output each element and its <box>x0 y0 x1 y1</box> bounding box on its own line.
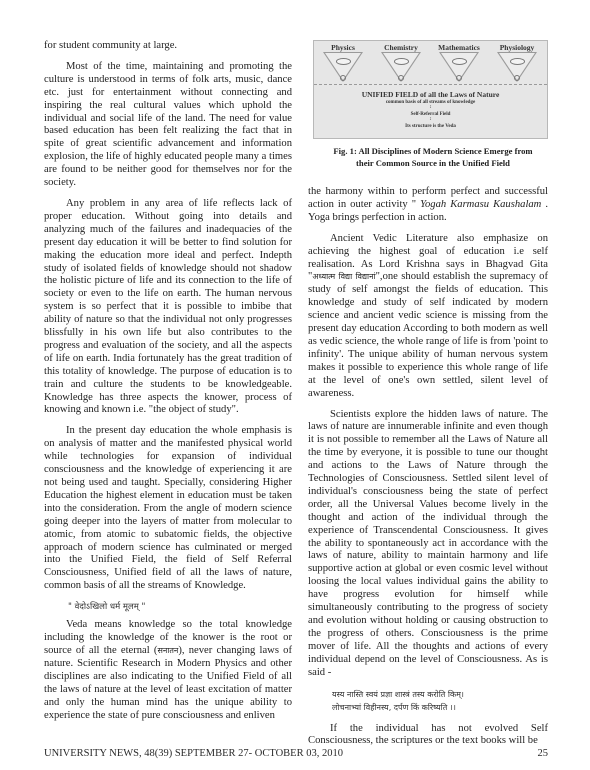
caption-line-1: Fig. 1: All Disciplines of Modern Scienc… <box>308 145 558 157</box>
sanskrit-quote: " वेदोऽखिलो धर्म मूलम् " <box>68 601 292 613</box>
paragraph-intro-end: for student community at large. <box>44 40 292 53</box>
structure-label: Its structure is the Veda <box>314 124 547 129</box>
discipline-label: Physics <box>314 43 372 52</box>
figure-unified-field-label: UNIFIED FIELD of all the Laws of Nature … <box>314 85 547 129</box>
paragraph-harmony: the harmony within to perform perfect an… <box>308 186 548 225</box>
arrow-icon: ↕ <box>314 117 547 123</box>
paragraph-self-consciousness: If the individual has not evolved Self C… <box>308 723 548 749</box>
discipline-label: Mathematics <box>430 43 488 52</box>
veda-text-b: ), never changing laws of nature. Scient… <box>44 645 292 721</box>
sanskrit-verse-line-1: यस्य नास्ति स्वयं प्रज्ञा शास्त्रं तस्य … <box>332 688 548 701</box>
publication-info: UNIVERSITY NEWS, 48(39) SEPTEMBER 27- OC… <box>44 748 343 759</box>
figure-disciplines-row: Physics Chemistry Mathematics Physiology <box>314 41 547 85</box>
discipline-physiology: Physiology <box>488 41 546 84</box>
paragraph-present-day: In the present day education the whole e… <box>44 425 292 593</box>
eye-icon <box>452 58 467 65</box>
figure-unified-field: Physics Chemistry Mathematics Physiology <box>313 40 548 139</box>
devanagari-gita-quote: अध्यात्म विद्या विद्यानां <box>312 272 375 281</box>
figure-caption: Fig. 1: All Disciplines of Modern Scienc… <box>308 145 558 169</box>
vedic-text-b: ",one should establish the supremacy of … <box>308 271 548 398</box>
eye-icon <box>510 58 525 65</box>
discipline-label: Physiology <box>488 43 546 52</box>
paragraph-vedic-literature: Ancient Vedic Literature also emphasize … <box>308 233 548 401</box>
eye-icon <box>394 58 409 65</box>
point-icon <box>340 75 346 81</box>
paragraph-problem: Any problem in any area of life reflects… <box>44 198 292 417</box>
paragraph-scientists: Scientists explore the hidden laws of na… <box>308 409 548 680</box>
left-column: for student community at large. Most of … <box>44 40 292 730</box>
discipline-mathematics: Mathematics <box>430 41 488 84</box>
eye-icon <box>336 58 351 65</box>
devanagari-sanatan: सनातन <box>157 646 178 655</box>
discipline-physics: Physics <box>314 41 372 84</box>
sanskrit-verse: यस्य नास्ति स्वयं प्रज्ञा शास्त्रं तस्य … <box>332 688 548 714</box>
point-icon <box>456 75 462 81</box>
discipline-label: Chemistry <box>372 43 430 52</box>
caption-line-2: their Common Source in the Unified Field <box>308 157 558 169</box>
paragraph-culture: Most of the time, maintaining and promot… <box>44 61 292 190</box>
point-icon <box>398 75 404 81</box>
point-icon <box>514 75 520 81</box>
right-column: the harmony within to perform perfect an… <box>308 186 548 756</box>
arrow-icon: ↕ <box>314 105 547 111</box>
yoga-quote: Yogah Karmasu Kaushalam <box>420 199 541 210</box>
sanskrit-verse-line-2: लोचनाभ्यां विहीनस्य, दर्पण किं करिष्यति … <box>332 701 548 714</box>
discipline-chemistry: Chemistry <box>372 41 430 84</box>
unified-field-title: UNIFIED FIELD of all the Laws of Nature <box>314 90 547 99</box>
paragraph-veda: Veda means knowledge so the total knowle… <box>44 619 292 722</box>
page-number: 25 <box>538 748 549 759</box>
